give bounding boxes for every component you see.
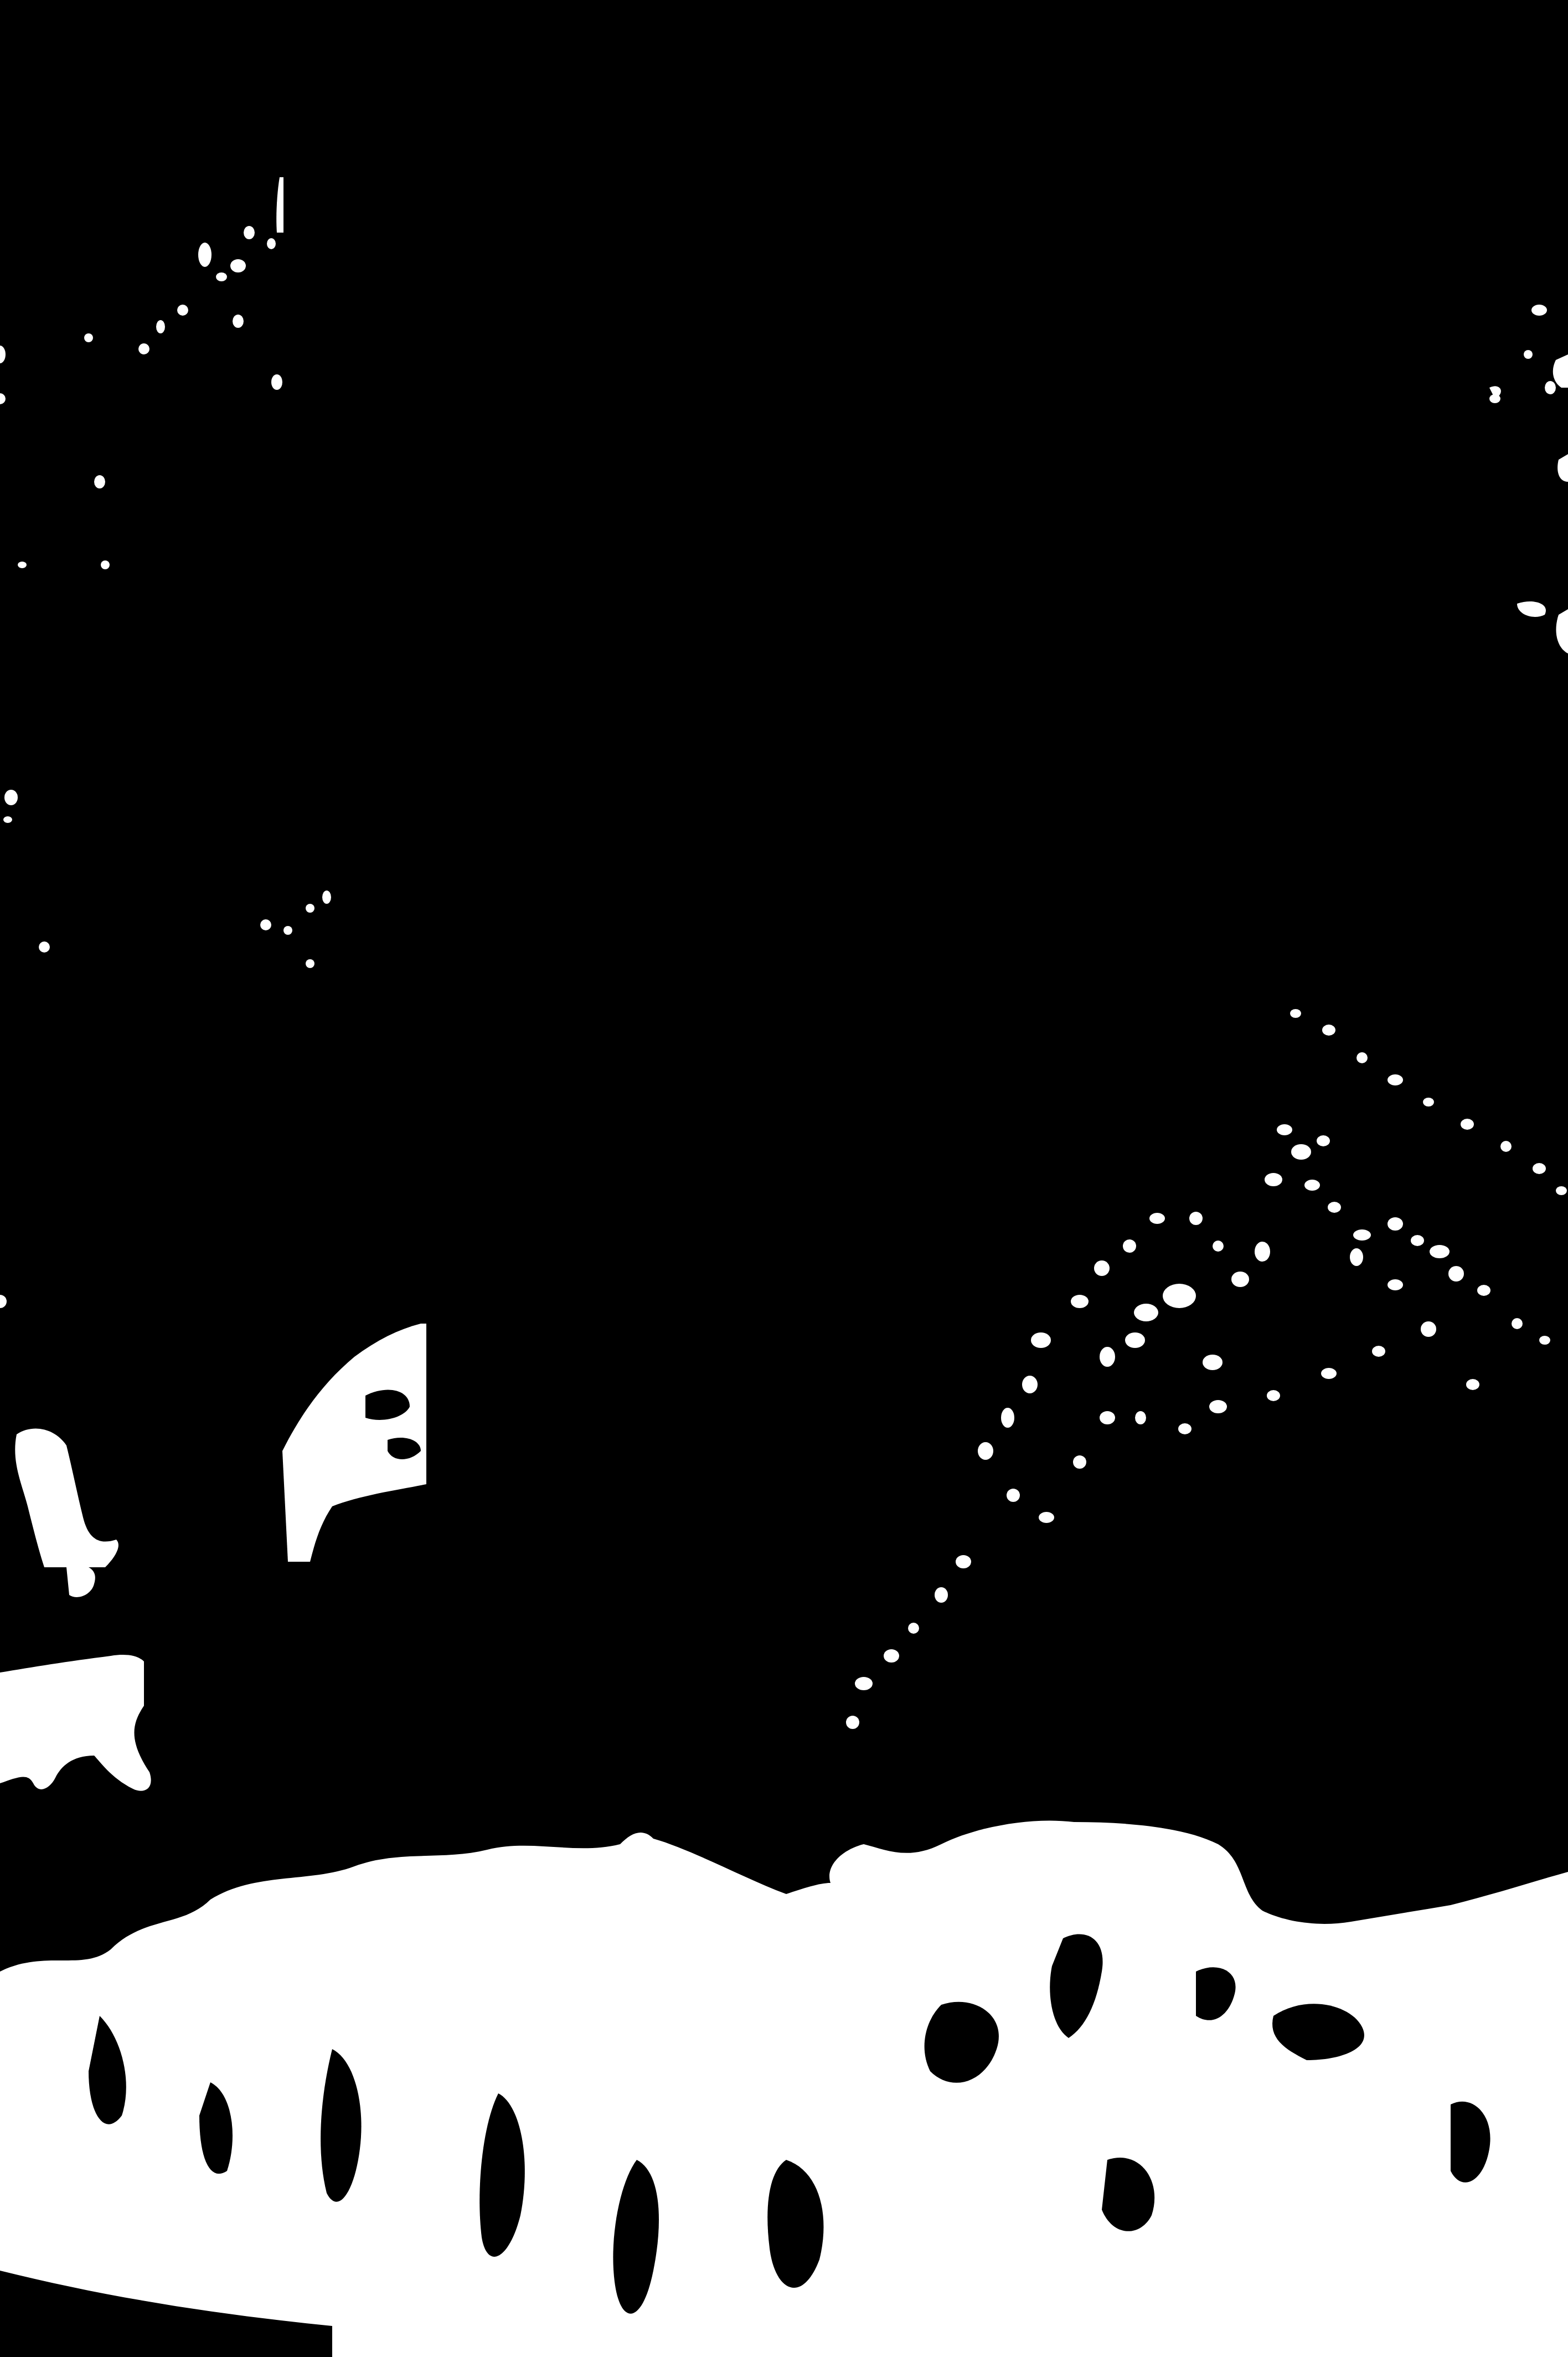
segmentation-mask xyxy=(0,0,1568,2357)
